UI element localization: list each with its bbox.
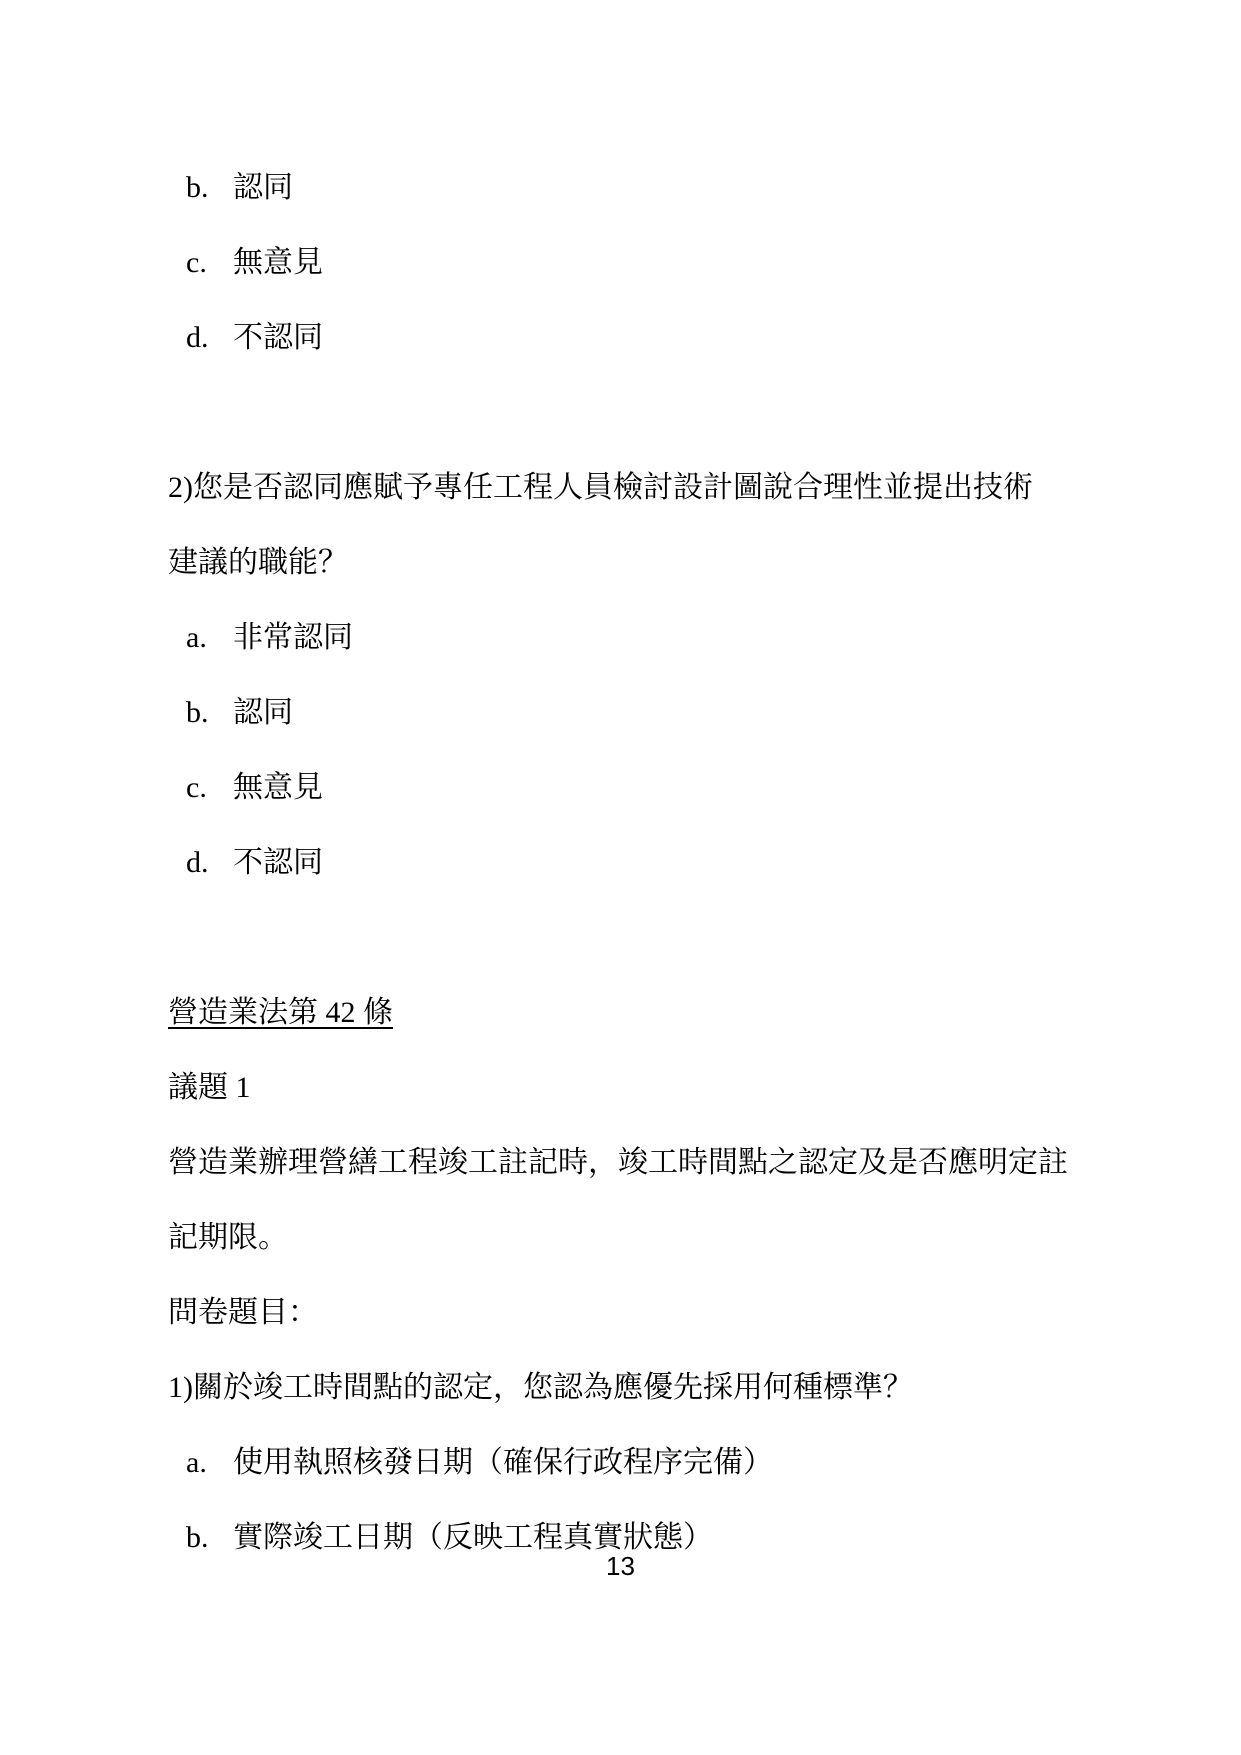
section-heading: 營造業法第 42 條 bbox=[168, 975, 1073, 1050]
paragraph-line: 營造業辦理營繕工程竣工註記時，竣工時間點之認定及是否應明定註 bbox=[168, 1125, 1073, 1200]
option-text: 無意見 bbox=[233, 246, 323, 279]
option-letter: c. bbox=[186, 225, 233, 300]
paragraph-text: 記期限。 bbox=[168, 1221, 288, 1254]
option-letter: d. bbox=[186, 825, 233, 900]
option-text: 實際竣工日期（反映工程真實狀態） bbox=[233, 1521, 713, 1554]
paragraph-text: 營造業辦理營繕工程竣工註記時，竣工時間點之認定及是否應明定註 bbox=[168, 1146, 1068, 1179]
section-heading-text: 營造業法第 42 條 bbox=[168, 996, 393, 1029]
option-item: b.認同 bbox=[168, 675, 1073, 750]
paragraph-line: 建議的職能？ bbox=[168, 525, 1073, 600]
page-number: 13 bbox=[0, 1551, 1241, 1581]
paragraph-line: 2)您是否認同應賦予專任工程人員檢討設計圖說合理性並提出技術 bbox=[168, 450, 1073, 525]
option-letter: b. bbox=[186, 150, 233, 225]
blank-line bbox=[168, 375, 1073, 450]
paragraph-line: 議題 1 bbox=[168, 1050, 1073, 1125]
option-letter: d. bbox=[186, 300, 233, 375]
option-letter: a. bbox=[186, 600, 233, 675]
paragraph-text: 1)關於竣工時間點的認定，您認為應優先採用何種標準？ bbox=[168, 1371, 913, 1404]
option-item: d.不認同 bbox=[168, 300, 1073, 375]
document-content: b.認同c.無意見d.不認同2)您是否認同應賦予專任工程人員檢討設計圖說合理性並… bbox=[168, 150, 1073, 1575]
blank-line bbox=[168, 900, 1073, 975]
option-text: 認同 bbox=[233, 171, 293, 204]
option-letter: c. bbox=[186, 750, 233, 825]
option-item: a.使用執照核發日期（確保行政程序完備） bbox=[168, 1425, 1073, 1500]
paragraph-text: 2)您是否認同應賦予專任工程人員檢討設計圖說合理性並提出技術 bbox=[168, 471, 1033, 504]
option-text: 不認同 bbox=[233, 321, 323, 354]
option-text: 非常認同 bbox=[233, 621, 353, 654]
paragraph-text: 建議的職能？ bbox=[168, 546, 348, 579]
option-text: 認同 bbox=[233, 696, 293, 729]
option-item: b.認同 bbox=[168, 150, 1073, 225]
paragraph-line: 問卷題目： bbox=[168, 1275, 1073, 1350]
paragraph-line: 記期限。 bbox=[168, 1200, 1073, 1275]
option-text: 不認同 bbox=[233, 846, 323, 879]
option-item: d.不認同 bbox=[168, 825, 1073, 900]
option-text: 使用執照核發日期（確保行政程序完備） bbox=[233, 1446, 773, 1479]
option-item: a.非常認同 bbox=[168, 600, 1073, 675]
paragraph-text: 議題 1 bbox=[168, 1071, 251, 1104]
option-letter: a. bbox=[186, 1425, 233, 1500]
option-item: c.無意見 bbox=[168, 750, 1073, 825]
paragraph-text: 問卷題目： bbox=[168, 1296, 318, 1329]
document-page: b.認同c.無意見d.不認同2)您是否認同應賦予專任工程人員檢討設計圖說合理性並… bbox=[0, 0, 1241, 1755]
option-text: 無意見 bbox=[233, 771, 323, 804]
option-letter: b. bbox=[186, 675, 233, 750]
option-item: c.無意見 bbox=[168, 225, 1073, 300]
paragraph-line: 1)關於竣工時間點的認定，您認為應優先採用何種標準？ bbox=[168, 1350, 1073, 1425]
